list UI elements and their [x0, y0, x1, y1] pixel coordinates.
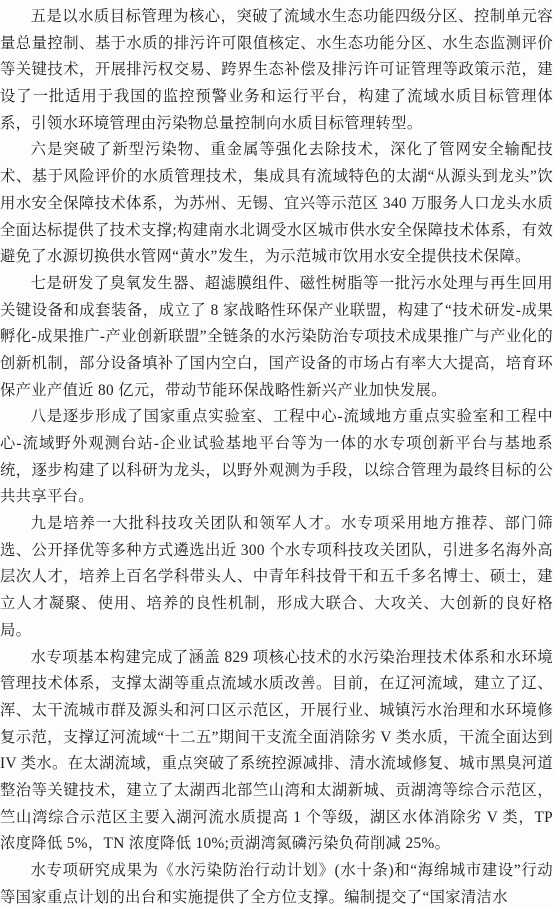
- paragraph-point-five: 五是以水质目标管理为核心，突破了流域水生态功能四级分区、控制单元容量总量控制、基…: [0, 4, 553, 137]
- paragraph-point-eight: 八是逐步形成了国家重点实验室、工程中心-流域地方重点实验室和工程中心-流域野外观…: [0, 404, 553, 511]
- paragraph-point-seven: 七是研发了臭氧发生器、超滤膜组件、磁性树脂等一批污水处理与再生回用关键设备和成套…: [0, 271, 553, 404]
- paragraph-point-six: 六是突破了新型污染物、重金属等强化去除技术，深化了管网安全输配技术、基于风险评价…: [0, 137, 553, 270]
- document-page: 五是以水质目标管理为核心，突破了流域水生态功能四级分区、控制单元容量总量控制、基…: [0, 0, 554, 907]
- paragraph-summary-achievements: 水专项基本构建完成了涵盖 829 项核心技术的水污染治理技术体系和水环境管理技术…: [0, 645, 553, 859]
- paragraph-policy-support: 水专项研究成果为《水污染防治行动计划》(水十条)和“海绵城市建设”行动等国家重点…: [0, 858, 553, 907]
- paragraph-point-nine: 九是培养一大批科技攻关团队和领军人才。水专项采用地方推荐、部门筛选、公开择优等多…: [0, 511, 553, 644]
